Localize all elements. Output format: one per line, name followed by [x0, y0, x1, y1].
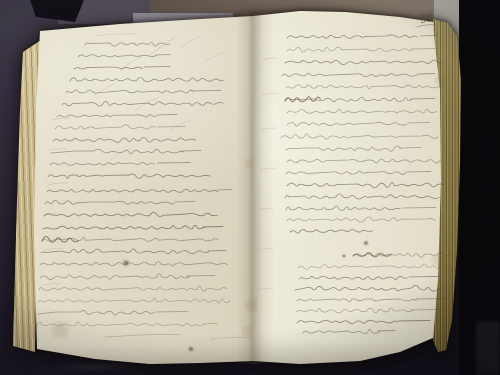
open-book: 59	[0, 0, 500, 375]
manuscript-photo: 59	[0, 0, 500, 375]
book-gutter-shadow	[236, 12, 274, 364]
